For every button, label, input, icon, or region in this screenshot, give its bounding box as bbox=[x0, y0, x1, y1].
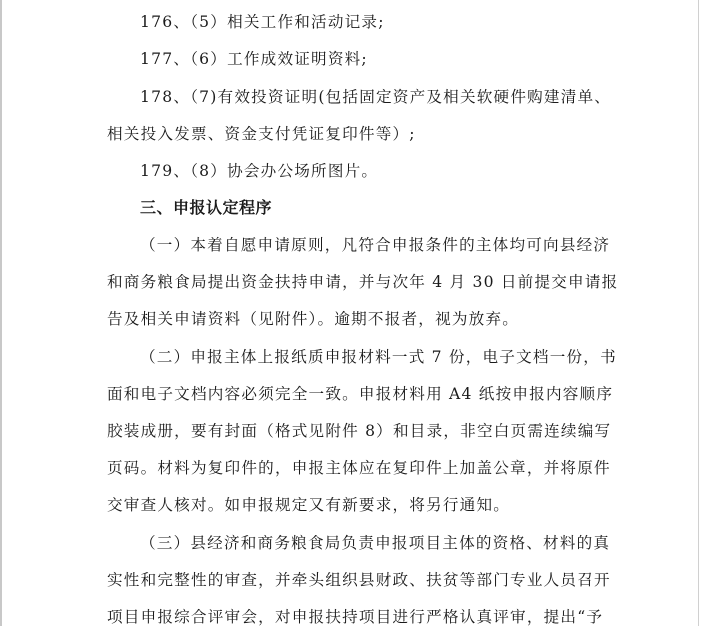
section-heading: 三、申报认定程序 bbox=[140, 198, 272, 218]
list-item-176: 176、（5）相关工作和活动记录; bbox=[140, 12, 385, 32]
list-item-179: 179、（8）协会办公场所图片。 bbox=[140, 161, 378, 181]
paragraph-2-line-5: 交审查人核对。如申报规定又有新要求，将另行通知。 bbox=[107, 495, 510, 515]
paragraph-2-line-4: 页码。材料为复印件的，申报主体应在复印件上加盖公章，并将原件 bbox=[107, 458, 595, 478]
paragraph-1-line-1: （一）本着自愿申请原则，凡符合申报条件的主体均可向县经济 bbox=[140, 235, 595, 255]
paragraph-3-line-2: 实性和完整性的审查，并牵头组织县财政、扶贫等部门专业人员召开 bbox=[107, 570, 595, 590]
list-item-178: 178、（7)有效投资证明(包括固定资产及相关软硬件购建清单、 bbox=[140, 87, 611, 107]
left-page-border bbox=[0, 0, 2, 626]
list-item-178-continuation: 相关投入发票、资金支付凭证复印件等）; bbox=[107, 124, 416, 144]
paragraph-2-line-2: 面和电子文档内容必须完全一致。申报材料用 A4 纸按申报内容顺序 bbox=[107, 384, 595, 404]
paragraph-2-line-1: （二）申报主体上报纸质申报材料一式 7 份，电子文档一份，书 bbox=[140, 347, 595, 367]
right-page-border bbox=[698, 0, 699, 626]
paragraph-3-line-3: 项目申报综合评审会，对申报扶持项目进行严格认真评审，提出“予 bbox=[107, 607, 595, 626]
list-item-177: 177、（6）工作成效证明资料; bbox=[140, 49, 368, 69]
paragraph-1-line-3: 告及相关申请资料（见附件）。逾期不报者，视为放弃。 bbox=[107, 309, 519, 329]
paragraph-1-line-2: 和商务粮食局提出资金扶持申请，并与次年 4 月 30 日前提交申请报 bbox=[107, 272, 595, 292]
paragraph-2-line-3: 胶装成册，要有封面（格式见附件 8）和目录，非空白页需连续编写 bbox=[107, 421, 595, 441]
paragraph-3-line-1: （三）县经济和商务粮食局负责申报项目主体的资格、材料的真 bbox=[140, 533, 595, 553]
